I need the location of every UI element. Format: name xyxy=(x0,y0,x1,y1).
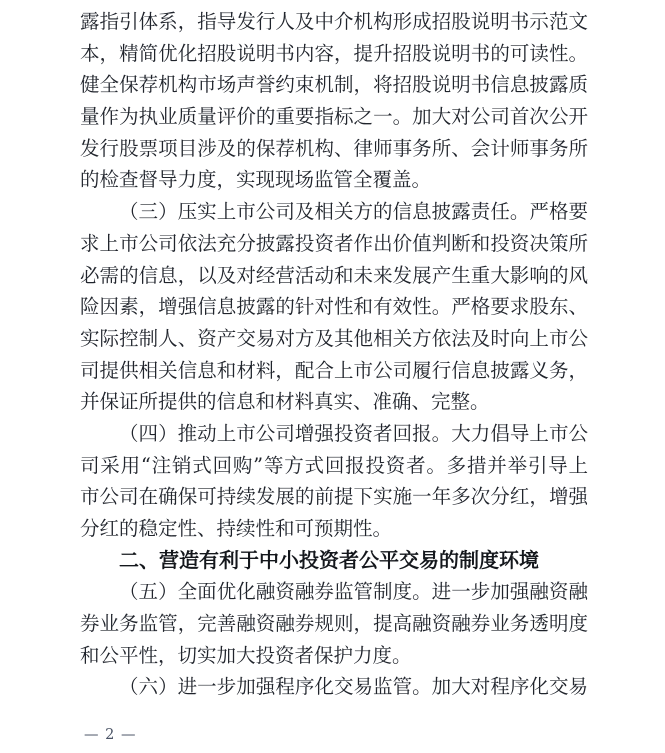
text-line: （四）推动上市公司增强投资者回报。大力倡导上市公 xyxy=(80,418,588,450)
text-line: （五）全面优化融资融券监管制度。进一步加强融资融 xyxy=(80,576,588,608)
text-line: 险因素，增强信息披露的针对性和有效性。严格要求股东、 xyxy=(80,291,588,323)
text-line: 发行股票项目涉及的保荐机构、律师事务所、会计师事务所 xyxy=(80,133,588,165)
text-line: 司提供相关信息和材料，配合上市公司履行信息披露义务， xyxy=(80,355,588,387)
section-heading: 二、营造有利于中小投资者公平交易的制度环境 xyxy=(80,545,588,577)
text-line: 必需的信息，以及对经营活动和未来发展产生重大影响的风 xyxy=(80,260,588,292)
text-line: 分红的稳定性、持续性和可预期性。 xyxy=(80,513,588,545)
text-line: 券业务监管，完善融资融券规则，提高融资融券业务透明度 xyxy=(80,608,588,640)
text-line: 量作为执业质量评价的重要指标之一。加大对公司首次公开 xyxy=(80,101,588,133)
page-number-footer: — 2 — xyxy=(84,726,136,744)
text-line: 健全保荐机构市场声誉约束机制，将招股说明书信息披露质 xyxy=(80,69,588,101)
text-line: 市公司在确保可持续发展的前提下实施一年多次分红，增强 xyxy=(80,481,588,513)
text-line: 本，精简优化招股说明书内容，提升招股说明书的可读性。 xyxy=(80,38,588,70)
text-line: 的检查督导力度，实现现场监管全覆盖。 xyxy=(80,164,588,196)
text-line: （三）压实上市公司及相关方的信息披露责任。严格要 xyxy=(80,196,588,228)
text-lines: 露指引体系，指导发行人及中介机构形成招股说明书示范文本，精简优化招股说明书内容，… xyxy=(80,6,588,703)
text-line: 并保证所提供的信息和材料真实、准确、完整。 xyxy=(80,386,588,418)
text-line: 和公平性，切实加大投资者保护力度。 xyxy=(80,640,588,672)
document-page: 露指引体系，指导发行人及中介机构形成招股说明书示范文本，精简优化招股说明书内容，… xyxy=(0,0,665,753)
text-line: 司采用“注销式回购”等方式回报投资者。多措并举引导上 xyxy=(80,450,588,482)
text-line: 露指引体系，指导发行人及中介机构形成招股说明书示范文 xyxy=(80,6,588,38)
text-line: 实际控制人、资产交易对方及其他相关方依法及时向上市公 xyxy=(80,323,588,355)
text-line: 求上市公司依法充分披露投资者作出价值判断和投资决策所 xyxy=(80,228,588,260)
text-line: （六）进一步加强程序化交易监管。加大对程序化交易 xyxy=(80,671,588,703)
